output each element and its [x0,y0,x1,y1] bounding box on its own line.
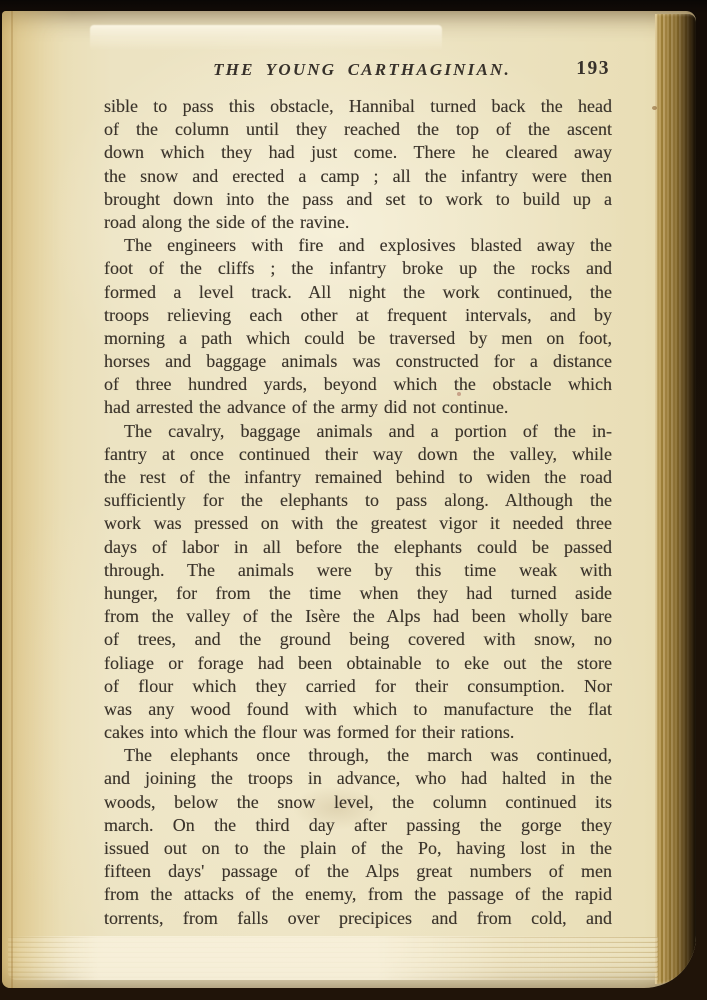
gutter-crease [11,11,13,988]
paragraph: sible to pass this obstacle, Hannibal tu… [104,95,612,234]
text-line: hunger, for from the time when they had … [104,582,612,605]
paragraph: The engineers with fire and explosives b… [104,234,612,420]
text-line: days of labor in all before the elephant… [104,536,612,559]
text-line: fifteen days' passage of the Alps great … [104,860,612,883]
running-title: THE YOUNG CARTHAGINIAN. [213,60,511,80]
text-line: woods, below the snow level, the column … [104,791,612,814]
text-line: torrents, from falls over precipices and… [104,907,612,930]
text-line: and joining the troops in advance, who h… [104,767,612,790]
body-text: sible to pass this obstacle, Hannibal tu… [104,95,612,930]
paragraph: The cavalry, baggage animals and a porti… [104,420,612,745]
text-line: foot of the cliffs ; the infantry broke … [104,257,612,280]
text-line: horses and baggage animals was construct… [104,350,612,373]
text-line: troops relieving each other at frequent … [104,304,612,327]
text-line: the snow and erected a camp ; all the in… [104,165,612,188]
text-line: of trees, and the ground being covered w… [104,628,612,651]
text-line: through. The animals were by this time w… [104,559,612,582]
text-line: The engineers with fire and explosives b… [104,234,612,257]
text-line: from the valley of the Isère the Alps ha… [104,605,612,628]
text-line: from the attacks of the enemy, from the … [104,883,612,906]
text-line: of flour which they carried for their co… [104,675,612,698]
text-line: fantry at once continued their way down … [104,443,612,466]
fore-edge-page-stack [655,14,696,984]
photo-background: THE YOUNG CARTHAGINIAN. 193 sible to pas… [0,0,707,1000]
paragraph: The elephants once through, the march wa… [104,744,612,930]
text-line: cakes into which the flour was formed fo… [104,721,612,744]
text-line: sufficiently for the elephants to pass a… [104,489,612,512]
text-line: The cavalry, baggage animals and a porti… [104,420,612,443]
text-line: of three hundred yards, beyond which the… [104,373,612,396]
text-line: work was pressed on with the greatest vi… [104,512,612,535]
text-line: march. On the third day after passing th… [104,814,612,837]
text-line: down which they had just come. There he … [104,141,612,164]
page-number: 193 [576,58,610,80]
book-page: THE YOUNG CARTHAGINIAN. 193 sible to pas… [2,11,696,988]
page-header: THE YOUNG CARTHAGINIAN. 193 [104,60,612,86]
paper-speck [652,106,657,110]
text-line: foliage or forage had been obtainable to… [104,652,612,675]
text-line: brought down into the pass and set to wo… [104,188,612,211]
text-line: the rest of the infantry remained behind… [104,466,612,489]
text-line: morning a path which could be traversed … [104,327,612,350]
text-block: THE YOUNG CARTHAGINIAN. 193 sible to pas… [104,11,612,988]
text-line: road along the side of the ravine. [104,211,612,234]
text-line: sible to pass this obstacle, Hannibal tu… [104,95,612,118]
text-line: had arrested the advance of the army did… [104,396,612,419]
text-line: The elephants once through, the march wa… [104,744,612,767]
text-line: formed a level track. All night the work… [104,281,612,304]
text-line: issued out on to the plain of the Po, ha… [104,837,612,860]
text-line: of the column until they reached the top… [104,118,612,141]
text-line: was any wood found with which to manufac… [104,698,612,721]
